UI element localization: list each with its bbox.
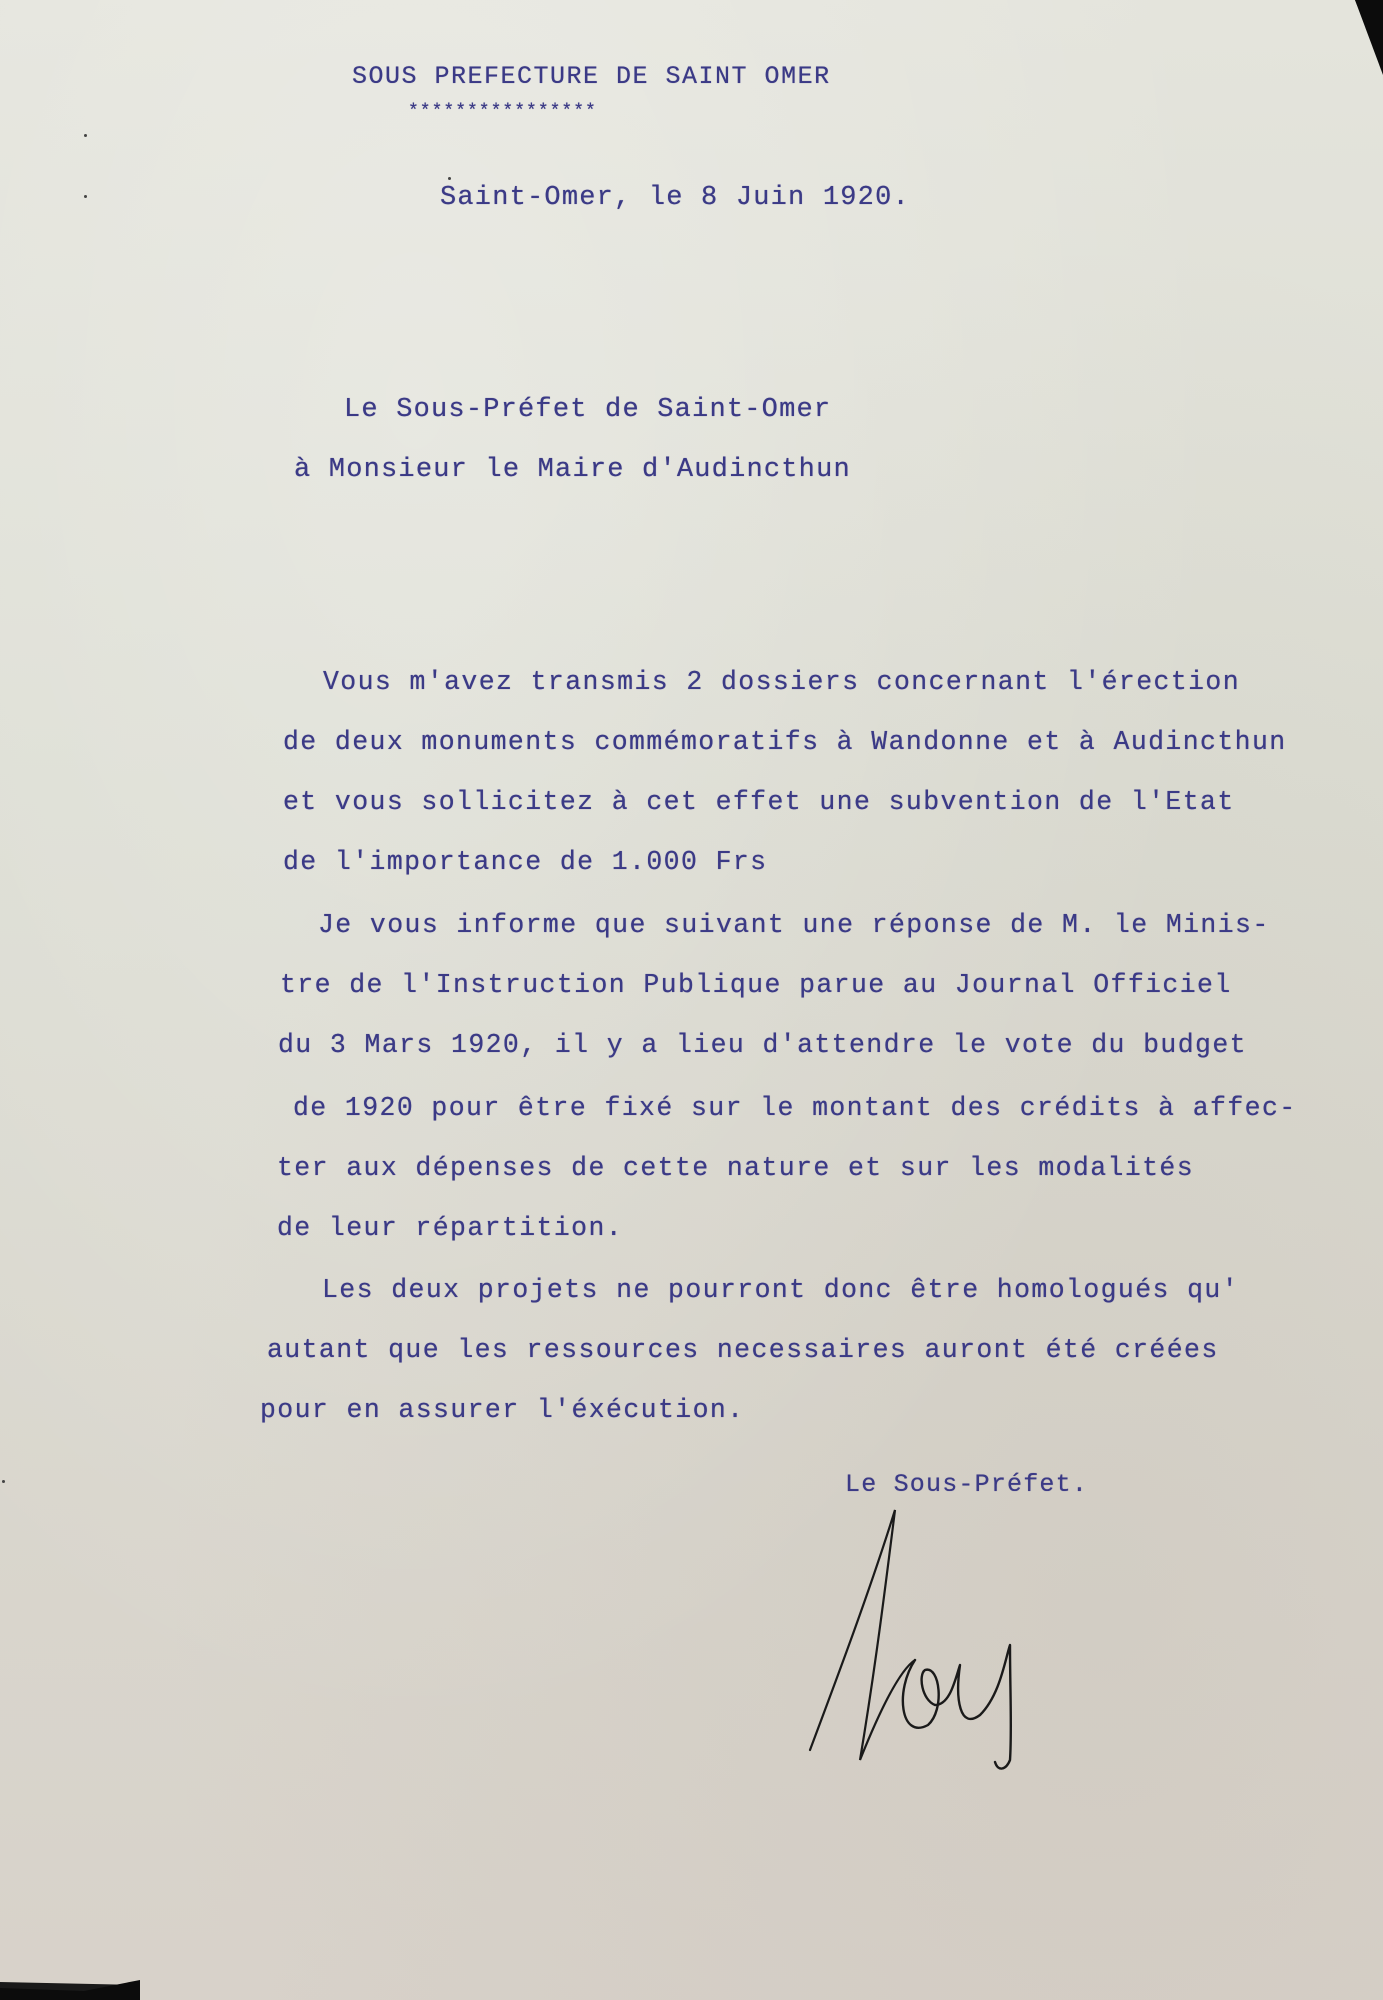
body-line: du 3 Mars 1920, il y a lieu d'attendre l… bbox=[278, 1030, 1247, 1060]
paper-speck bbox=[2, 1480, 5, 1483]
body-line: Vous m'avez transmis 2 dossiers concerna… bbox=[323, 667, 1240, 697]
body-line: de 1920 pour être fixé sur le montant de… bbox=[293, 1093, 1297, 1123]
letter-page: SOUS PREFECTURE DE SAINT OMER **********… bbox=[0, 0, 1383, 2000]
body-line: de l'importance de 1.000 Frs bbox=[283, 847, 767, 877]
body-line: autant que les ressources necessaires au… bbox=[267, 1335, 1219, 1365]
closing-title: Le Sous-Préfet. bbox=[845, 1470, 1088, 1499]
paper-speck bbox=[448, 177, 451, 180]
body-line: de leur répartition. bbox=[277, 1213, 623, 1243]
body-line: ter aux dépenses de cette nature et sur … bbox=[277, 1153, 1194, 1183]
sender-line: Le Sous-Préfet de Saint-Omer bbox=[344, 395, 831, 425]
dateline: Saint-Omer, le 8 Juin 1920. bbox=[440, 183, 910, 213]
letterhead-office: SOUS PREFECTURE DE SAINT OMER bbox=[352, 62, 831, 91]
paper-speck bbox=[84, 195, 87, 198]
letterhead-ornament: **************** bbox=[408, 102, 597, 122]
body-line: de deux monuments commémoratifs à Wandon… bbox=[283, 727, 1287, 757]
signature-image bbox=[800, 1500, 1100, 1780]
recipient-line: à Monsieur le Maire d'Audincthun bbox=[294, 455, 851, 485]
body-line: Les deux projets ne pourront donc être h… bbox=[322, 1275, 1239, 1305]
body-line: Je vous informe que suivant une réponse … bbox=[318, 910, 1270, 940]
paper-torn-corner bbox=[1355, 0, 1383, 75]
body-line: pour en assurer l'éxécution. bbox=[260, 1395, 744, 1425]
body-line: et vous sollicitez à cet effet une subve… bbox=[283, 787, 1235, 817]
paper-speck bbox=[84, 134, 87, 137]
body-line: tre de l'Instruction Publique parue au J… bbox=[280, 970, 1232, 1000]
